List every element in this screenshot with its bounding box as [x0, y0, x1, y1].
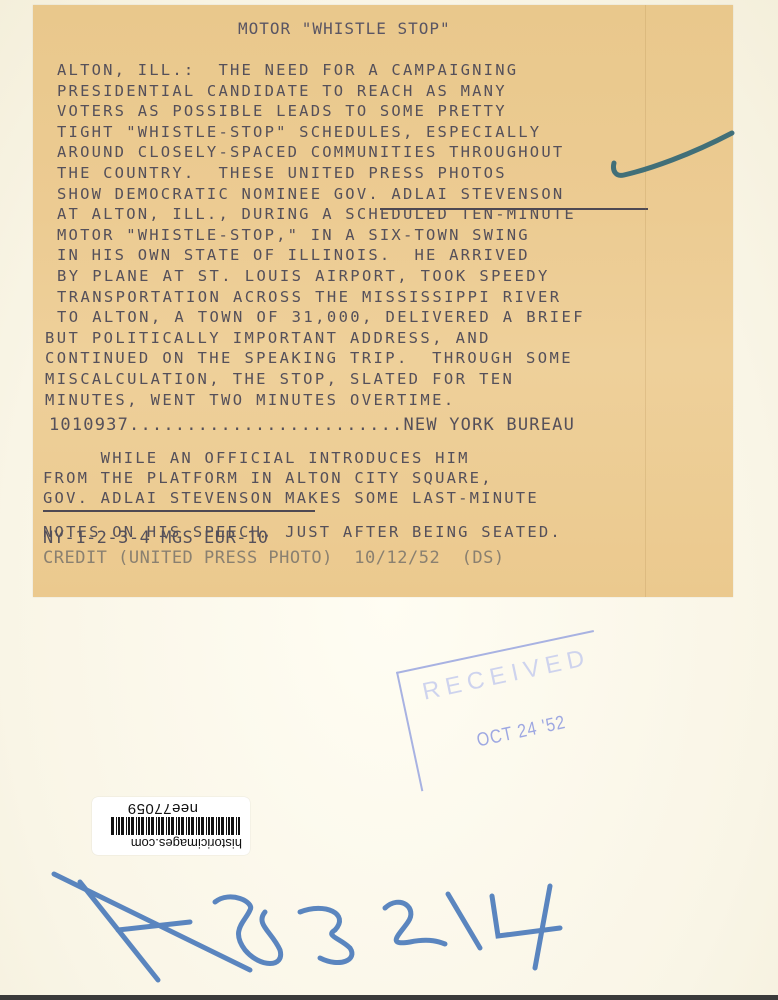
caption-body-line: MINUTES, WENT TWO MINUTES OVERTIME. [45, 393, 456, 409]
caption-body-line: ALTON, ILL.: THE NEED FOR A CAMPAIGNING [57, 63, 518, 79]
photo-caption-line: GOV. ADLAI STEVENSON MAKES SOME LAST-MIN… [43, 491, 539, 507]
scan-bottom-edge [0, 995, 778, 1000]
caption-body-line: TO ALTON, A TOWN OF 31,000, DELIVERED A … [57, 310, 585, 326]
stamp-date: OCT 24 '52 [475, 712, 568, 752]
caption-body-line: BY PLANE AT ST. LOUIS AIRPORT, TOOK SPEE… [57, 269, 550, 285]
caption-body-line: MOTOR "WHISTLE-STOP," IN A SIX-TOWN SWIN… [57, 228, 530, 244]
caption-body-line: TRANSPORTATION ACROSS THE MISSISSIPPI RI… [57, 290, 561, 306]
name-underline-2 [43, 510, 315, 512]
pen-check-mark [610, 125, 740, 185]
caption-title: MOTOR "WHISTLE STOP" [238, 21, 451, 37]
photo-caption-line: FROM THE PLATFORM IN ALTON CITY SQUARE, [43, 471, 493, 487]
barcode-id: nee77059 [127, 800, 198, 817]
barcode-sticker: historicimages.com nee77059 [92, 797, 250, 855]
caption-body-line: IN HIS OWN STATE OF ILLINOIS. HE ARRIVED [57, 248, 530, 264]
photo-credit: CREDIT (UNITED PRESS PHOTO) 10/12/52 (DS… [43, 550, 505, 567]
caption-body-line: BUT POLITICALLY IMPORTANT ADDRESS, AND [45, 331, 491, 347]
routing-code: NY-1-2-3-4 MGS EUR-10 [43, 530, 268, 547]
caption-label: MOTOR "WHISTLE STOP" ALTON, ILL.: THE NE… [33, 5, 733, 597]
caption-body-line: CONTINUED ON THE SPEAKING TRIP. THROUGH … [45, 351, 573, 367]
name-underline-1 [380, 208, 648, 210]
handwritten-number [40, 850, 640, 1000]
caption-body-line: AROUND CLOSELY-SPACED COMMUNITIES THROUG… [57, 145, 564, 161]
caption-body-line: SHOW DEMOCRATIC NOMINEE GOV. ADLAI STEVE… [57, 187, 564, 203]
caption-body-line: PRESIDENTIAL CANDIDATE TO REACH AS MANY [57, 84, 507, 100]
caption-body-line: VOTERS AS POSSIBLE LEADS TO SOME PRETTY [57, 104, 507, 120]
caption-body-line: THE COUNTRY. THESE UNITED PRESS PHOTOS [57, 166, 507, 182]
caption-body-line: MISCALCULATION, THE STOP, SLATED FOR TEN [45, 372, 514, 388]
caption-dateline: 1010937........................NEW YORK … [49, 417, 575, 434]
barcode-icon [110, 817, 240, 835]
photo-caption-line: WHILE AN OFFICIAL INTRODUCES HIM [43, 451, 470, 467]
caption-body-line: TIGHT "WHISTLE-STOP" SCHEDULES, ESPECIAL… [57, 125, 541, 141]
barcode-site-text: historicimages.com [131, 836, 242, 851]
